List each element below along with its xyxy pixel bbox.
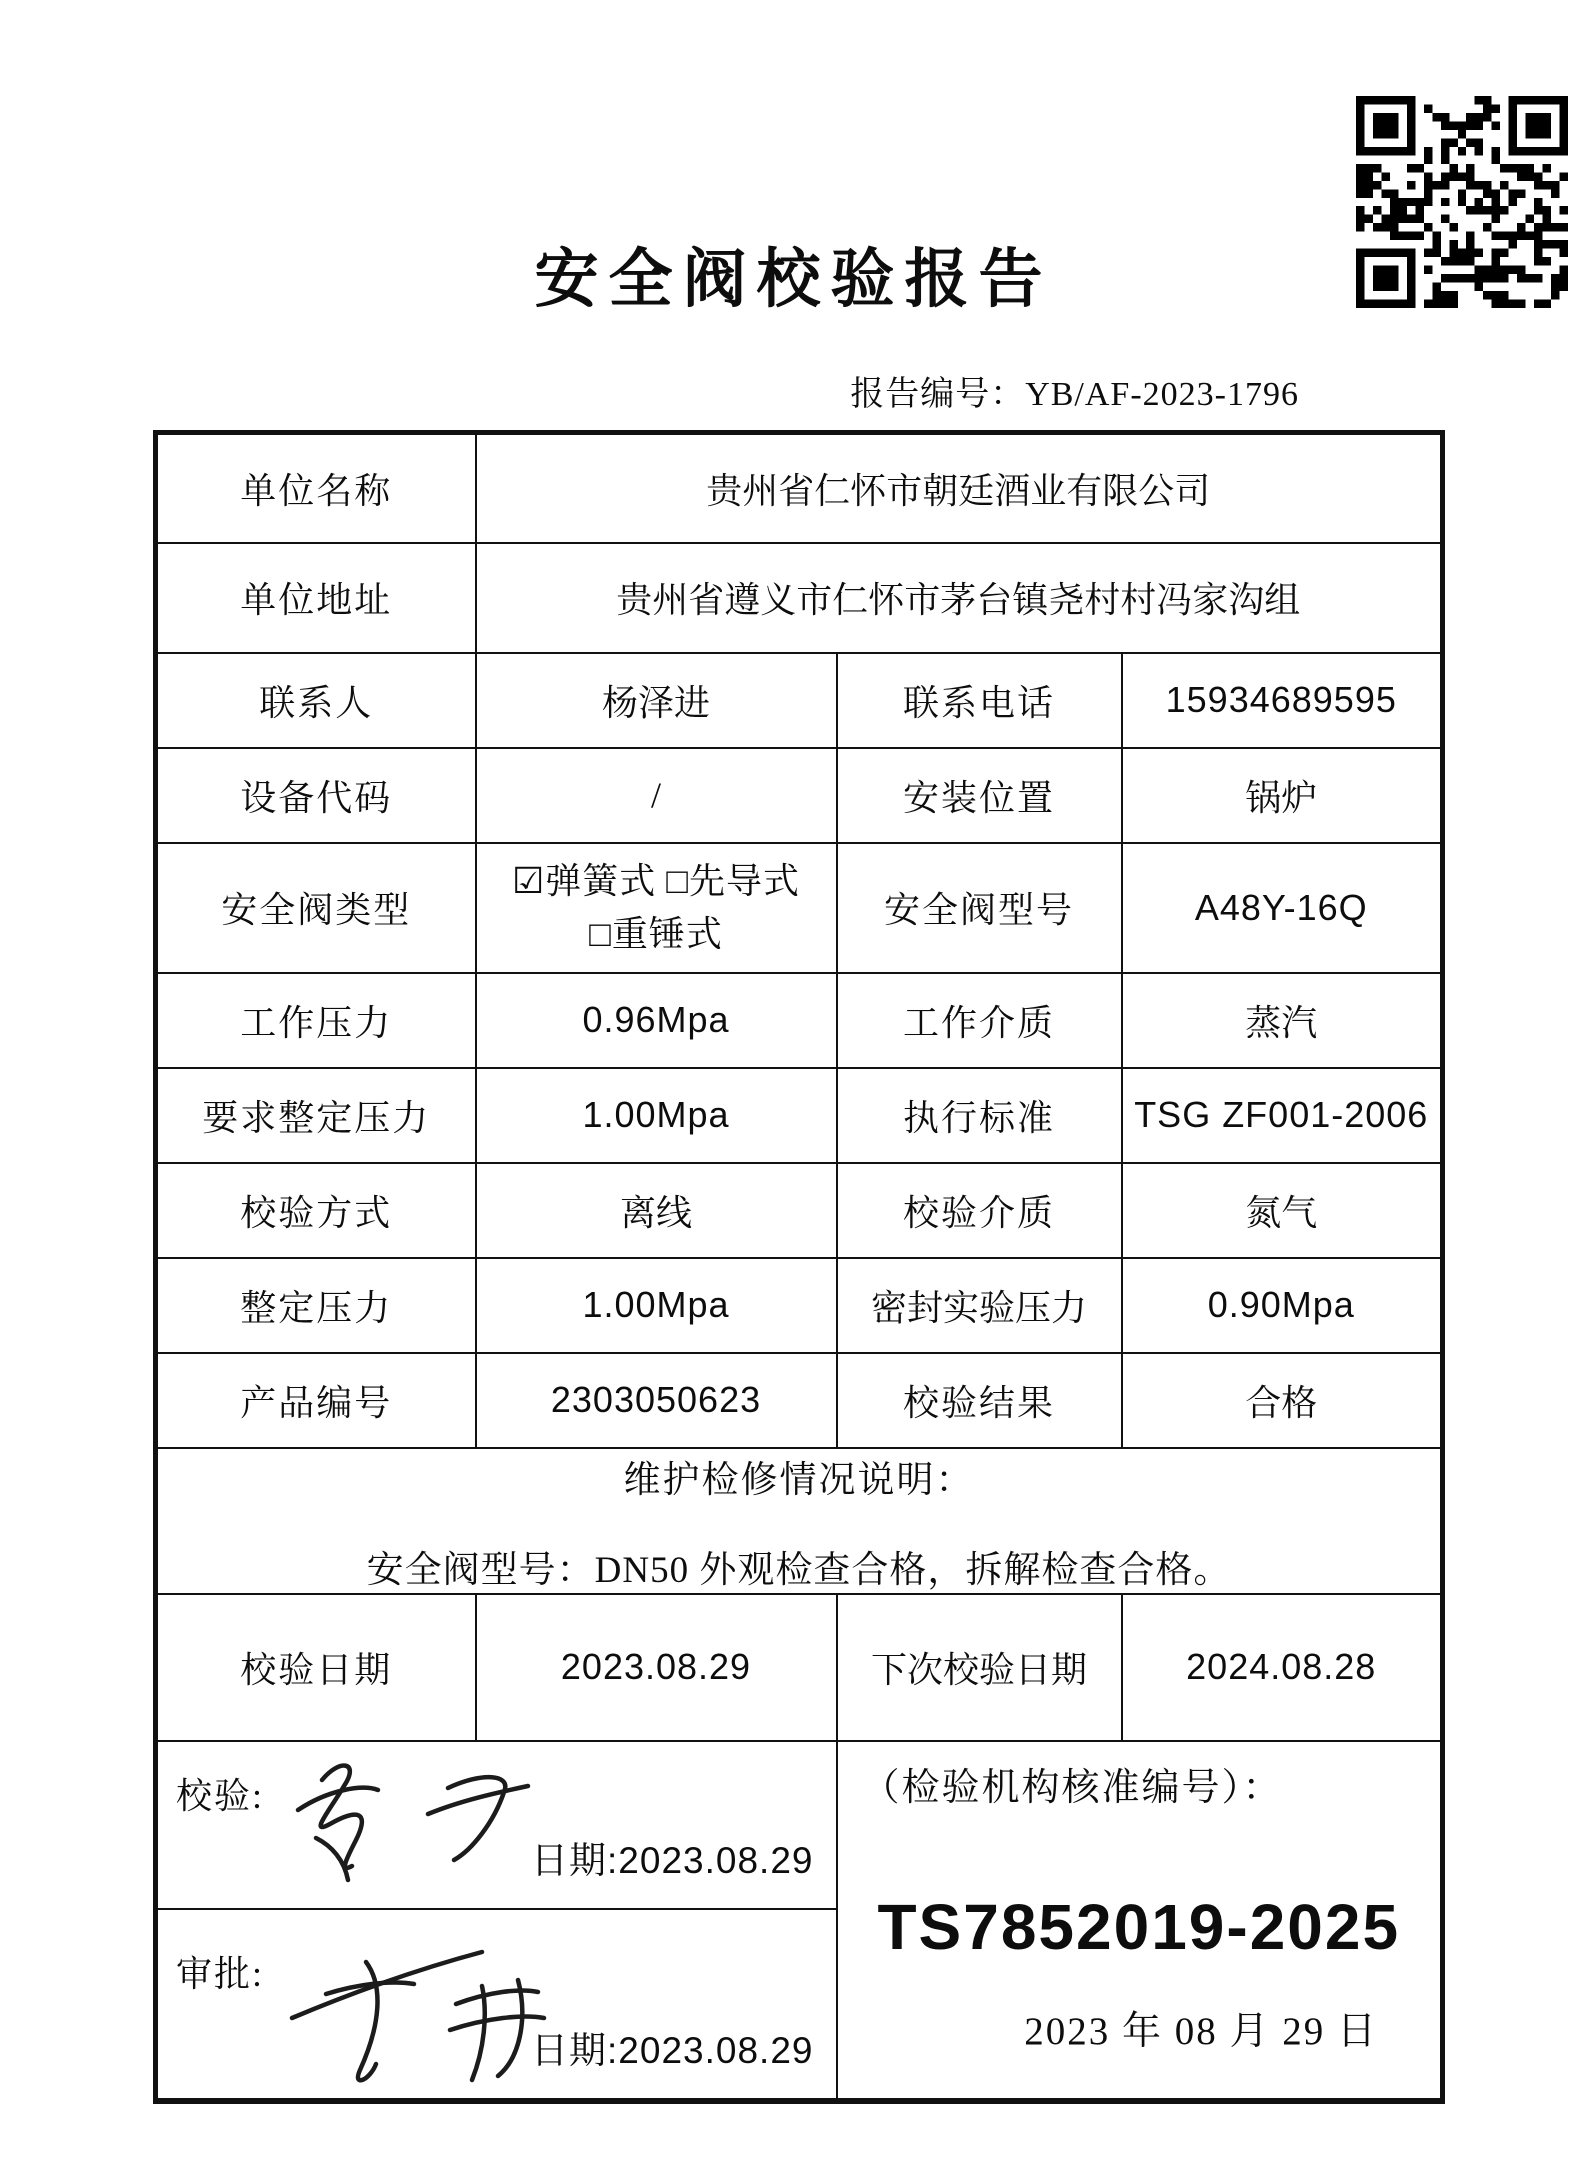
maintenance-note-row: 维护检修情况说明： 安全阀型号：DN50 外观检查合格，拆解检查合格。 <box>156 1448 1443 1594</box>
approver-label: 审批: <box>176 1946 264 1997</box>
working-pressure-value: 0.96Mpa <box>476 973 837 1068</box>
result-label: 校验结果 <box>837 1353 1122 1448</box>
calibration-medium-value: 氮气 <box>1122 1163 1443 1258</box>
calibration-date-value: 2023.08.29 <box>476 1594 837 1741</box>
table-row: 设备代码 / 安装位置 锅炉 <box>156 748 1443 843</box>
approver-signature-cell: 审批: 日期:2023.08.29 <box>156 1909 837 2101</box>
table-row: 工作压力 0.96Mpa 工作介质 蒸汽 <box>156 973 1443 1068</box>
unit-address-value: 贵州省遵义市仁怀市茅台镇尧村村冯家沟组 <box>476 543 1443 653</box>
table-row: 单位地址 贵州省遵义市仁怀市茅台镇尧村村冯家沟组 <box>156 543 1443 653</box>
standard-value: TSG ZF001-2006 <box>1122 1068 1443 1163</box>
phone-value: 15934689595 <box>1122 653 1443 748</box>
maintenance-note-cell: 维护检修情况说明： 安全阀型号：DN50 外观检查合格，拆解检查合格。 <box>156 1448 1443 1594</box>
table-row: 整定压力 1.00Mpa 密封实验压力 0.90Mpa <box>156 1258 1443 1353</box>
product-no-value: 2303050623 <box>476 1353 837 1448</box>
calibration-date-label: 校验日期 <box>156 1594 476 1741</box>
contact-value: 杨泽进 <box>476 653 837 748</box>
device-code-value: / <box>476 748 837 843</box>
set-pressure-value: 1.00Mpa <box>476 1258 837 1353</box>
working-medium-value: 蒸汽 <box>1122 973 1443 1068</box>
table-row: 安全阀类型 ☑弹簧式 □先导式 □重锤式 安全阀型号 A48Y-16Q <box>156 843 1443 973</box>
agency-approval-label: （检验机构核准编号）： <box>862 1756 1283 1811</box>
maintenance-note-detail: 安全阀型号：DN50 外观检查合格，拆解检查合格。 <box>158 1539 1440 1593</box>
table-row: 联系人 杨泽进 联系电话 15934689595 <box>156 653 1443 748</box>
valve-model-value: A48Y-16Q <box>1122 843 1443 973</box>
maintenance-note-title: 维护检修情况说明： <box>158 1449 1440 1503</box>
seal-test-pressure-value: 0.90Mpa <box>1122 1258 1443 1353</box>
report-page: 安全阀校验报告 报告编号：YB/AF-2023-1796 单位名称 贵州省仁怀市… <box>0 0 1587 2184</box>
valve-type-checkbox-line2: □重锤式 <box>477 908 836 960</box>
unit-name-label: 单位名称 <box>156 433 476 543</box>
report-table: 单位名称 贵州省仁怀市朝廷酒业有限公司 单位地址 贵州省遵义市仁怀市茅台镇尧村村… <box>153 430 1445 2104</box>
unit-address-label: 单位地址 <box>156 543 476 653</box>
unit-name-value: 贵州省仁怀市朝廷酒业有限公司 <box>476 433 1443 543</box>
table-row: 要求整定压力 1.00Mpa 执行标准 TSG ZF001-2006 <box>156 1068 1443 1163</box>
install-location-label: 安装位置 <box>837 748 1122 843</box>
agency-approval-number: TS7852019-2025 <box>838 1890 1441 1964</box>
required-set-pressure-label: 要求整定压力 <box>156 1068 476 1163</box>
working-medium-label: 工作介质 <box>837 973 1122 1068</box>
table-row: 校验方式 离线 校验介质 氮气 <box>156 1163 1443 1258</box>
valve-model-label: 安全阀型号 <box>837 843 1122 973</box>
calibrator-signature-cell: 校验: 日期:2023.08.29 <box>156 1741 837 1909</box>
next-calibration-date-value: 2024.08.28 <box>1122 1594 1443 1741</box>
approver-date: 日期:2023.08.29 <box>531 2020 813 2074</box>
page-title: 安全阀校验报告 <box>0 228 1587 320</box>
next-calibration-date-label: 下次校验日期 <box>837 1594 1122 1741</box>
result-value: 合格 <box>1122 1353 1443 1448</box>
calibrator-label: 校验: <box>176 1768 264 1819</box>
report-number: 报告编号：YB/AF-2023-1796 <box>850 366 1299 415</box>
required-set-pressure-value: 1.00Mpa <box>476 1068 837 1163</box>
product-no-label: 产品编号 <box>156 1353 476 1448</box>
standard-label: 执行标准 <box>837 1068 1122 1163</box>
seal-test-pressure-label: 密封实验压力 <box>837 1258 1122 1353</box>
agency-date: 2023 年 08 月 29 日 <box>1024 2000 1378 2056</box>
working-pressure-label: 工作压力 <box>156 973 476 1068</box>
valve-type-checkbox-line1: ☑弹簧式 □先导式 <box>477 855 836 907</box>
calibrator-date: 日期:2023.08.29 <box>531 1830 813 1884</box>
calibration-method-value: 离线 <box>476 1163 837 1258</box>
install-location-value: 锅炉 <box>1122 748 1443 843</box>
valve-type-label: 安全阀类型 <box>156 843 476 973</box>
table-row: 产品编号 2303050623 校验结果 合格 <box>156 1353 1443 1448</box>
table-row: 单位名称 贵州省仁怀市朝廷酒业有限公司 <box>156 433 1443 543</box>
calibration-medium-label: 校验介质 <box>837 1163 1122 1258</box>
calibrator-signature-row: 校验: 日期:2023.08.29 （检验机构核准编号）： TS7852019-… <box>156 1741 1443 1909</box>
calibration-method-label: 校验方式 <box>156 1163 476 1258</box>
device-code-label: 设备代码 <box>156 748 476 843</box>
table-row: 校验日期 2023.08.29 下次校验日期 2024.08.28 <box>156 1594 1443 1741</box>
set-pressure-label: 整定压力 <box>156 1258 476 1353</box>
valve-type-options: ☑弹簧式 □先导式 □重锤式 <box>476 843 837 973</box>
contact-label: 联系人 <box>156 653 476 748</box>
phone-label: 联系电话 <box>837 653 1122 748</box>
agency-cell: （检验机构核准编号）： TS7852019-2025 2023 年 08 月 2… <box>837 1741 1443 2101</box>
